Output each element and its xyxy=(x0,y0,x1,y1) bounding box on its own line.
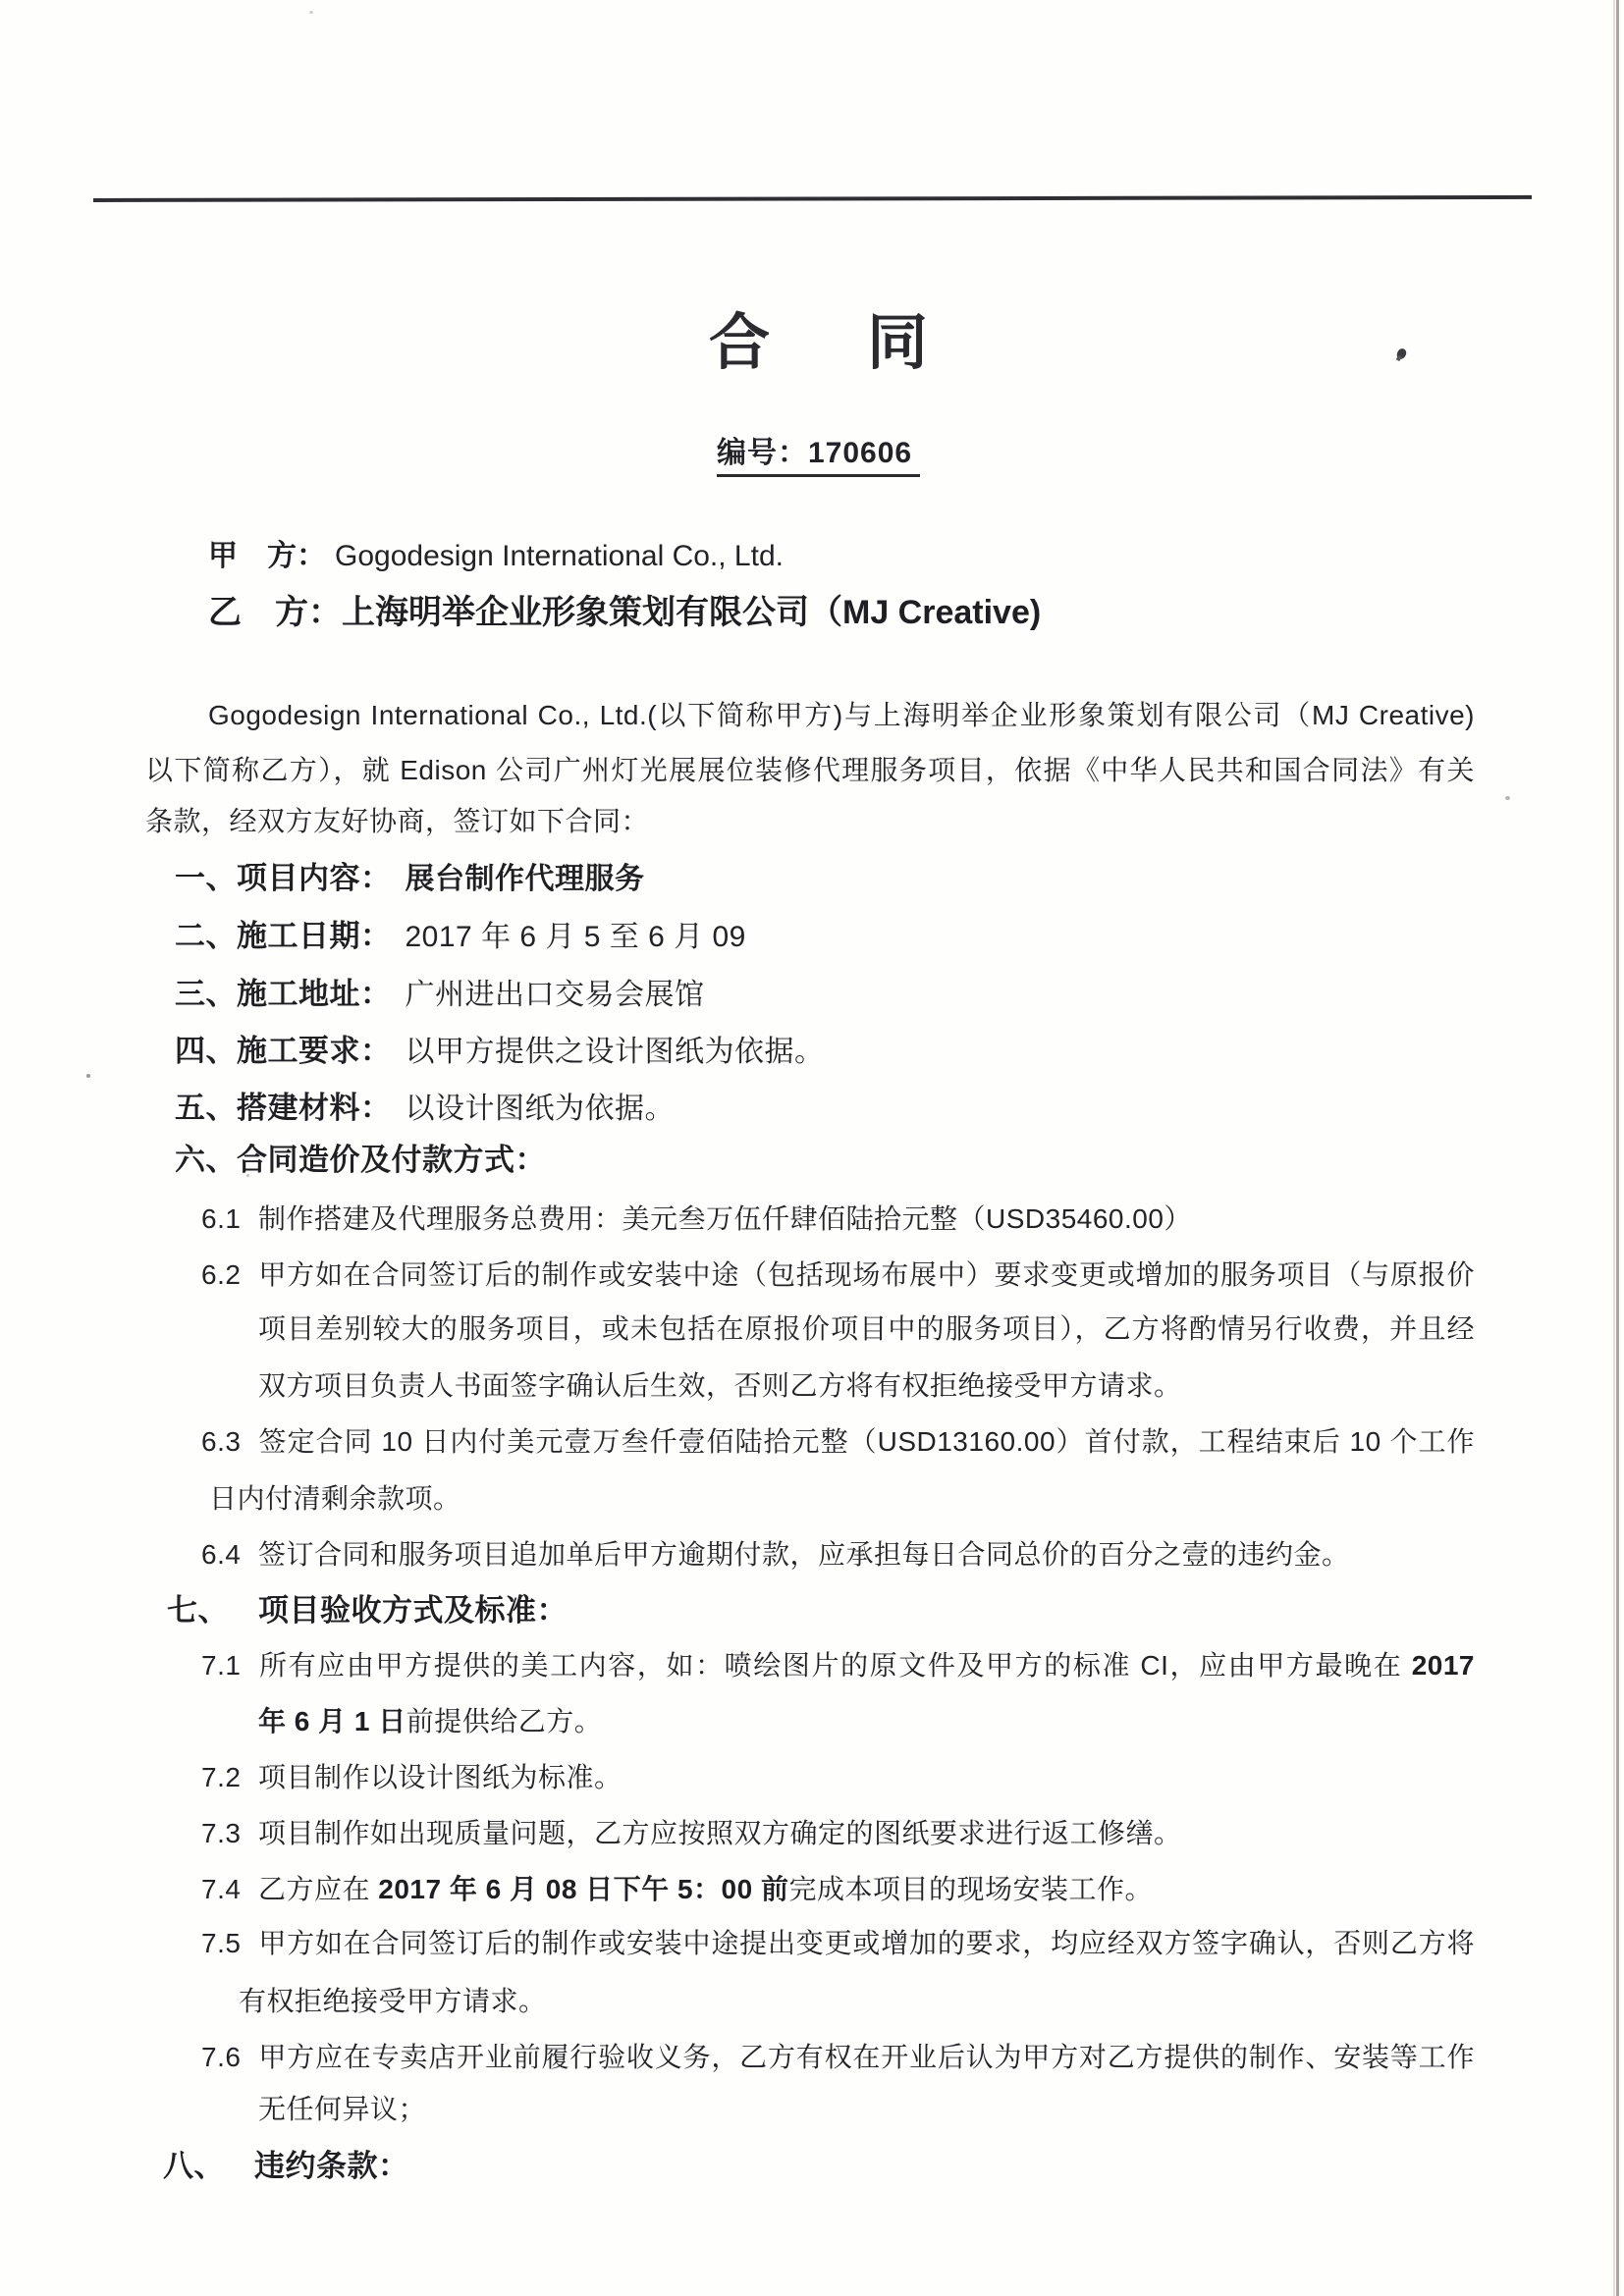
clause-6-1-number: 6.1 xyxy=(201,1202,258,1236)
doc-number-label: 编号： xyxy=(717,437,808,469)
scan-edge-artifact xyxy=(1616,0,1619,2296)
item-5-value: 以设计图纸为依据。 xyxy=(406,1093,676,1125)
clause-7-1-text-2b: 前提供给乙方。 xyxy=(406,1706,603,1736)
clause-7-2-text: 项目制作以设计图纸为标准。 xyxy=(258,1762,623,1792)
clause-7-4-text-b: 2017 年 6 月 08 日下午 5：00 前 xyxy=(378,1874,788,1904)
item-2-value: 2017 年 6 月 5 至 6 月 09 xyxy=(406,921,746,953)
clause-7-5-text-1: 甲方如在合同签订后的制作或安装中途提出变更或增加的要求，均应经双方签字确认，否则… xyxy=(258,1928,1475,1958)
scan-edge-artifact-light xyxy=(1613,0,1615,2296)
clause-7-4-number: 7.4 xyxy=(201,1873,258,1906)
party-b-value: 上海明举企业形象策划有限公司（MJ Creative) xyxy=(342,594,1041,631)
clause-7-heading-text: 项目验收方式及标准： xyxy=(258,1593,568,1628)
clause-6-2-line-3: 双方项目负责人书面签字确认后生效，否则乙方将有权拒绝接受甲方请求。 xyxy=(258,1369,1182,1403)
clause-6-2-number: 6.2 xyxy=(201,1258,258,1292)
item-4-construction-requirement: 四、施工要求：以甲方提供之设计图纸为依据。 xyxy=(175,1033,825,1070)
item-2-construction-date: 二、施工日期：2017 年 6 月 5 至 6 月 09 xyxy=(175,918,746,955)
clause-6-2-text-1: 甲方如在合同签订后的制作或安装中途（包括现场布展中）要求变更或增加的服务项目（与… xyxy=(258,1259,1475,1290)
clause-7-1-line-2: 年 6 月 1 日前提供给乙方。 xyxy=(258,1705,602,1738)
item-2-label: 二、施工日期： xyxy=(175,919,392,953)
clause-7-1-number: 7.1 xyxy=(201,1649,258,1682)
clause-6-3-line-2: 日内付清剩余款项。 xyxy=(209,1482,461,1516)
item-1-label: 一、项目内容： xyxy=(175,861,392,895)
preamble-line-2: 以下简称乙方），就 Edison 公司广州灯光展展位装修代理服务项目，依据《中华… xyxy=(145,754,1475,787)
party-b-row: 乙 方：上海明举企业形象策划有限公司（MJ Creative) xyxy=(208,585,1041,633)
party-b-label: 乙 方： xyxy=(208,594,342,631)
contract-title: 合同 xyxy=(709,310,1025,377)
clause-7-1-text-1a: 所有应由甲方提供的美工内容，如：喷绘图片的原文件及甲方的标准 CI，应由甲方最晚… xyxy=(258,1650,1412,1681)
clause-7-6-line-1: 7.6甲方应在专卖店开业前履行验收义务，乙方有权在开业后认为甲方对乙方提供的制作… xyxy=(201,2041,1475,2074)
item-5-label: 五、搭建材料： xyxy=(175,1091,392,1125)
clause-7-2: 7.2项目制作以设计图纸为标准。 xyxy=(201,1761,623,1794)
item-5-materials: 五、搭建材料：以设计图纸为依据。 xyxy=(175,1090,675,1127)
doc-number: 编号：170606 xyxy=(717,428,920,477)
clause-6-4-text: 签订合同和服务项目追加单后甲方逾期付款，应承担每日合同总价的百分之壹的违约金。 xyxy=(258,1539,1350,1570)
item-4-value: 以甲方提供之设计图纸为依据。 xyxy=(406,1036,825,1068)
item-1-project-content: 一、项目内容：展台制作代理服务 xyxy=(175,860,645,897)
clause-6-3-text-1: 签定合同 10 日内付美元壹万叁仟壹佰陆拾元整（USD13160.00）首付款，… xyxy=(258,1426,1475,1457)
clause-8-number: 八、 xyxy=(163,2148,254,2184)
clause-7-6-line-2: 无任何异议； xyxy=(258,2093,426,2126)
doc-number-value: 170606 xyxy=(808,437,912,469)
clause-7-6-text-1: 甲方应在专卖店开业前履行验收义务，乙方有权在开业后认为甲方对乙方提供的制作、安装… xyxy=(258,2042,1475,2072)
clause-7-heading: 七、项目验收方式及标准： xyxy=(167,1592,568,1629)
clause-6-2-line-1: 6.2甲方如在合同签订后的制作或安装中途（包括现场布展中）要求变更或增加的服务项… xyxy=(201,1258,1475,1292)
item-3-value: 广州进出口交易会展馆 xyxy=(406,979,705,1011)
scan-speck xyxy=(246,1174,249,1177)
clause-6-heading-text: 六、合同造价及付款方式： xyxy=(175,1143,546,1177)
top-rule xyxy=(93,195,1532,202)
scan-ink-mark xyxy=(1396,347,1407,360)
preamble-line-3: 条款，经双方友好协商，签订如下合同： xyxy=(145,805,649,838)
scan-speck xyxy=(86,1074,90,1078)
clause-7-1-text-2a: 年 6 月 1 日 xyxy=(258,1706,406,1736)
preamble-line-1: Gogodesign International Co., Ltd.(以下简称甲… xyxy=(208,699,1475,732)
item-3-label: 三、施工地址： xyxy=(175,977,392,1011)
clause-6-4: 6.4签订合同和服务项目追加单后甲方逾期付款，应承担每日合同总价的百分之壹的违约… xyxy=(201,1538,1350,1572)
clause-7-5-line-1: 7.5甲方如在合同签订后的制作或安装中途提出变更或增加的要求，均应经双方签字确认… xyxy=(201,1927,1475,1960)
clause-7-3-text: 项目制作如出现质量问题，乙方应按照双方确定的图纸要求进行返工修缮。 xyxy=(258,1818,1182,1848)
clause-7-4-text-a: 乙方应在 xyxy=(258,1874,378,1904)
clause-8-heading: 八、违约条款： xyxy=(163,2148,409,2184)
clause-7-4: 7.4乙方应在 2017 年 6 月 08 日下午 5：00 前完成本项目的现场… xyxy=(201,1873,1153,1906)
party-a-row: 甲 方：Gogodesign International Co., Ltd. xyxy=(208,531,784,574)
clause-6-4-number: 6.4 xyxy=(201,1538,258,1572)
clause-8-heading-text: 违约条款： xyxy=(254,2149,409,2183)
clause-7-5-number: 7.5 xyxy=(201,1927,258,1960)
clause-7-2-number: 7.2 xyxy=(201,1761,258,1794)
clause-6-2-line-2: 项目差别较大的服务项目，或未包括在原报价项目中的服务项目），乙方将酌情另行收费，… xyxy=(258,1312,1475,1346)
clause-7-number: 七、 xyxy=(167,1592,258,1629)
clause-7-3: 7.3项目制作如出现质量问题，乙方应按照双方确定的图纸要求进行返工修缮。 xyxy=(201,1817,1182,1850)
party-a-value: Gogodesign International Co., Ltd. xyxy=(335,540,784,572)
scan-speck xyxy=(309,11,313,14)
contract-scan-page: 合同 编号：170606 甲 方：Gogodesign Internationa… xyxy=(0,0,1624,2296)
clause-7-1-line-1: 7.1所有应由甲方提供的美工内容，如：喷绘图片的原文件及甲方的标准 CI，应由甲… xyxy=(201,1649,1475,1682)
clause-6-3-line-1: 6.3签定合同 10 日内付美元壹万叁仟壹佰陆拾元整（USD13160.00）首… xyxy=(201,1425,1475,1459)
scan-speck xyxy=(1505,796,1510,800)
item-3-construction-address: 三、施工地址：广州进出口交易会展馆 xyxy=(175,976,705,1013)
clause-6-1-text: 制作搭建及代理服务总费用：美元叁万伍仟肆佰陆拾元整（USD35460.00） xyxy=(258,1203,1192,1234)
clause-6-3-number: 6.3 xyxy=(201,1425,258,1459)
clause-6-1: 6.1制作搭建及代理服务总费用：美元叁万伍仟肆佰陆拾元整（USD35460.00… xyxy=(201,1202,1475,1236)
clause-7-3-number: 7.3 xyxy=(201,1817,258,1850)
party-a-label: 甲 方： xyxy=(208,540,326,572)
clause-7-6-number: 7.6 xyxy=(201,2041,258,2074)
clause-7-5-line-2: 有权拒绝接受甲方请求。 xyxy=(239,1985,547,2018)
clause-6-heading: 六、合同造价及付款方式： xyxy=(175,1142,546,1178)
item-1-value: 展台制作代理服务 xyxy=(406,863,645,895)
item-4-label: 四、施工要求： xyxy=(175,1034,392,1068)
clause-7-4-text-c: 完成本项目的现场安装工作。 xyxy=(788,1874,1153,1904)
clause-7-1-text-1b: 2017 xyxy=(1412,1650,1475,1681)
